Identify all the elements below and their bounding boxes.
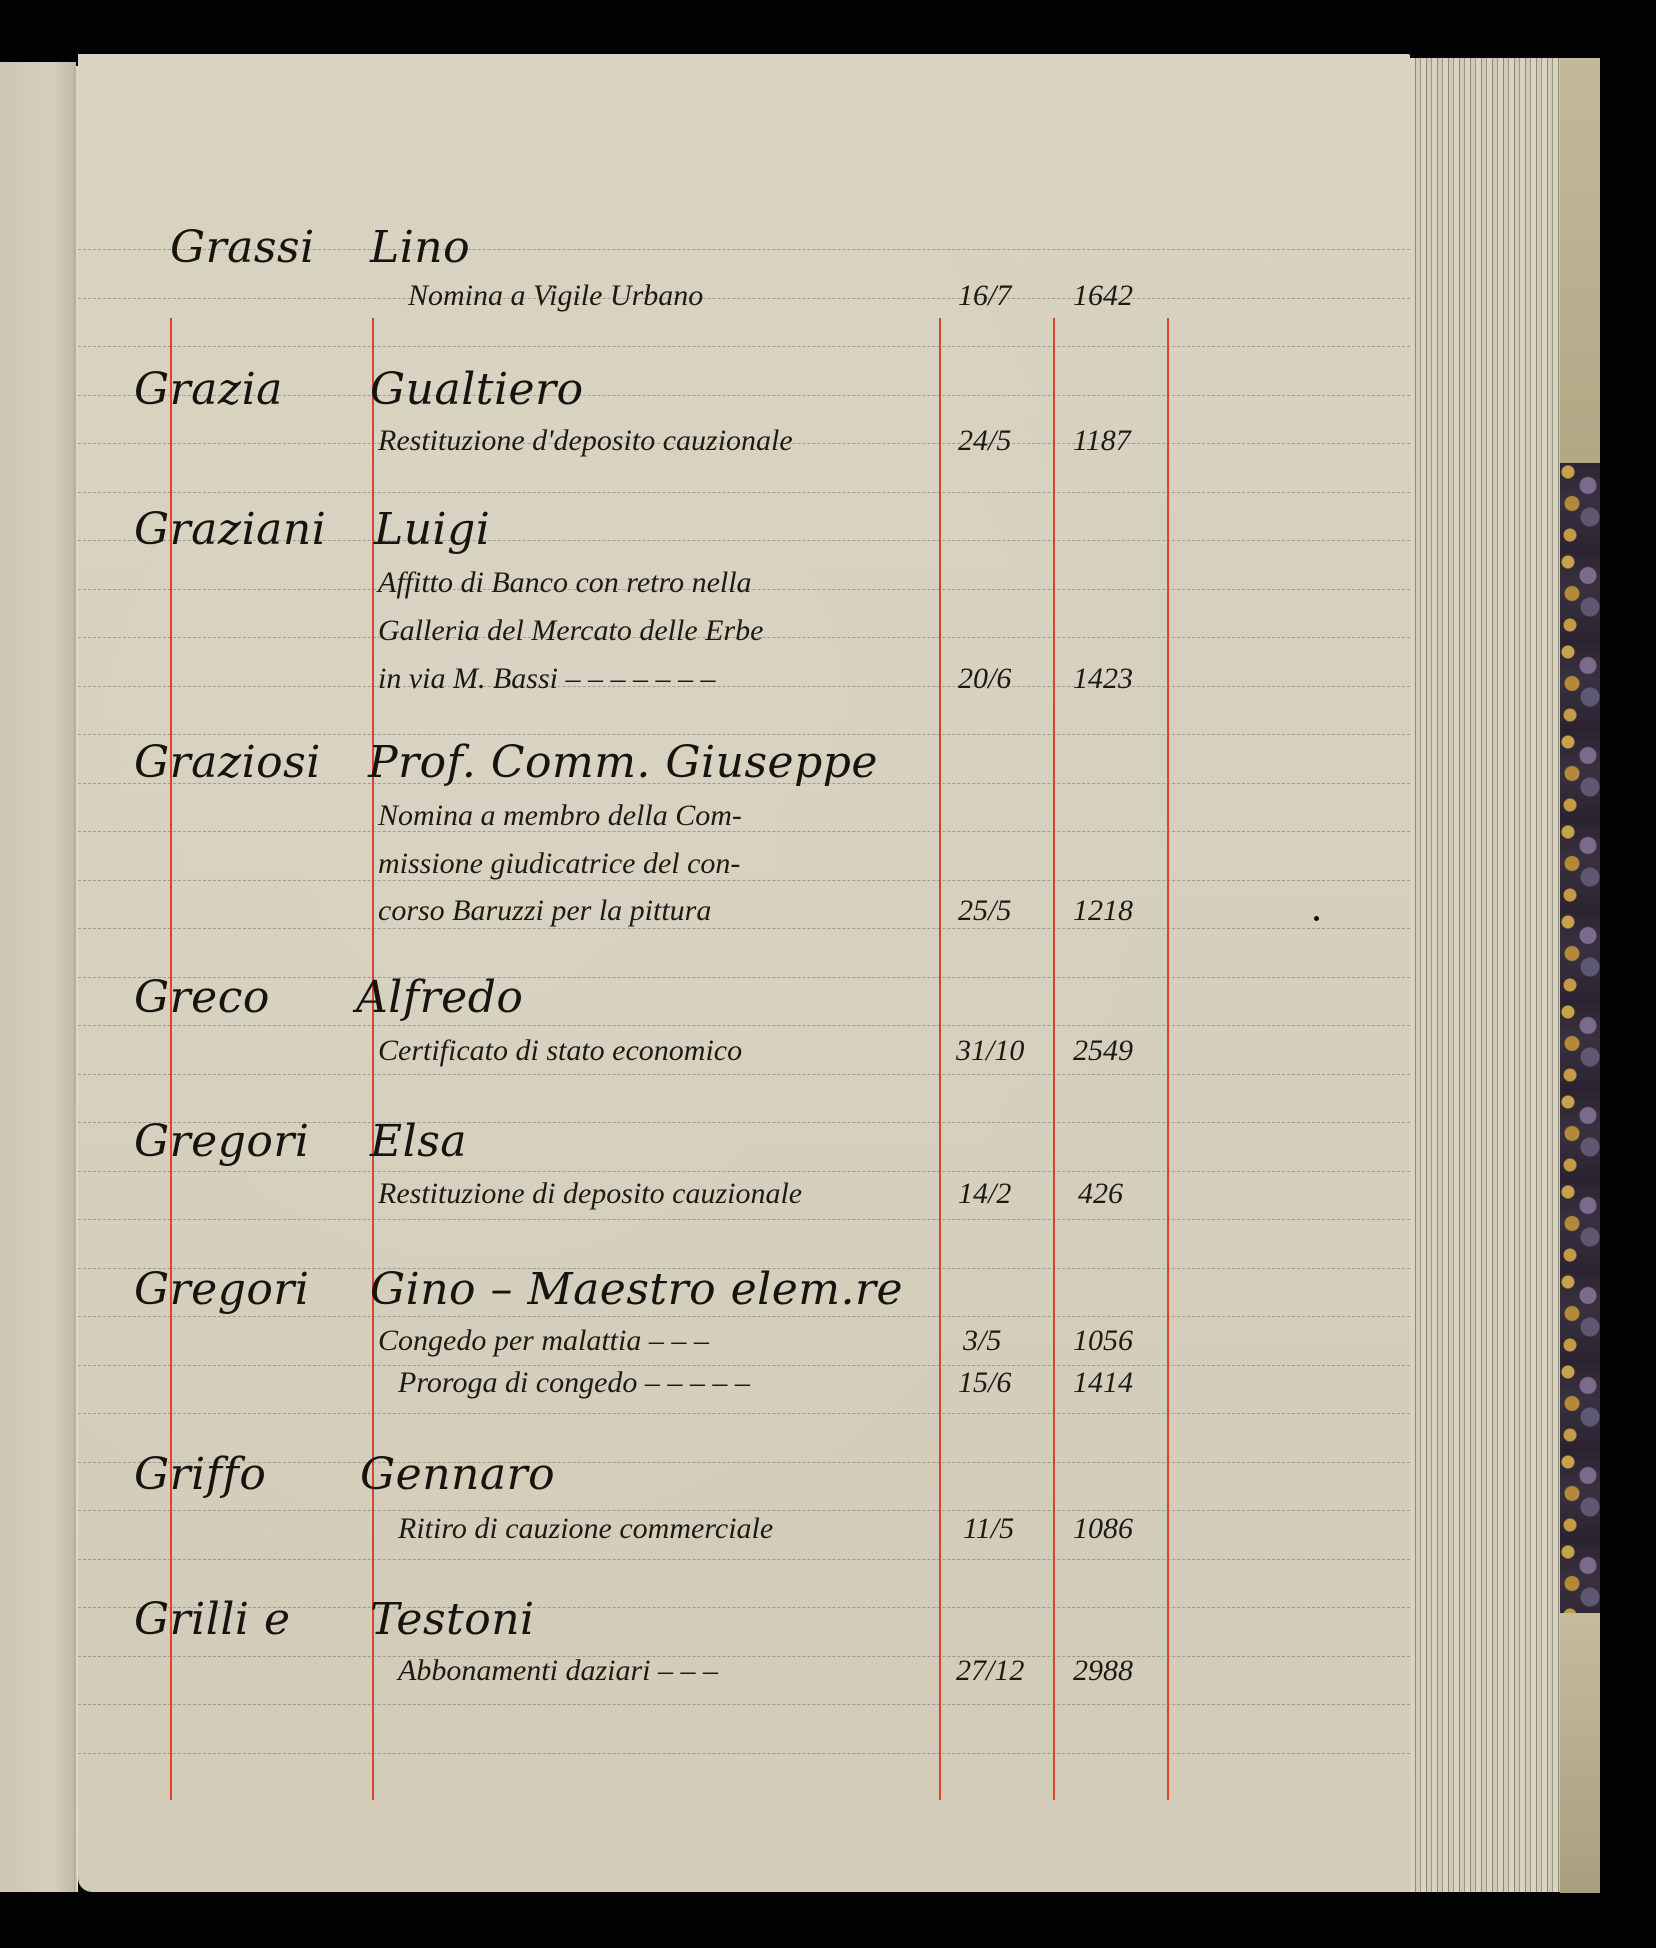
ruled-line (78, 977, 1410, 978)
ruled-line (78, 1413, 1410, 1414)
entry-surname: Greco (134, 972, 270, 1023)
entry-description: Certificato di stato economico (378, 1034, 742, 1068)
ruled-line (78, 1074, 1410, 1075)
entry-description: Abbonamenti daziari – – – (398, 1654, 718, 1688)
entry-surname: Gregori (134, 1116, 309, 1167)
entry-date: 15/6 (958, 1366, 1011, 1400)
entry-given-name: Gualtiero (370, 364, 584, 415)
entry-given-name: Alfredo (356, 972, 523, 1023)
entry-number: 2988 (1073, 1654, 1133, 1688)
entry-date: 16/7 (958, 279, 1011, 313)
ruled-line (78, 1753, 1410, 1754)
entry-date: 25/5 (958, 894, 1011, 928)
ruled-line (78, 1559, 1410, 1560)
entry-given-name: Prof. Comm. Giuseppe (368, 737, 878, 788)
entry-number: 1086 (1073, 1512, 1133, 1546)
ruled-line (78, 298, 1410, 299)
ruled-line (78, 1704, 1410, 1705)
entry-number: 426 (1078, 1177, 1123, 1211)
cover-vellum-bottom (1560, 1613, 1600, 1893)
entry-date: 24/5 (958, 424, 1011, 458)
ruled-line (78, 928, 1410, 929)
ruled-line (78, 686, 1410, 687)
entry-date: 31/10 (956, 1034, 1024, 1068)
entry-number: 1423 (1073, 662, 1133, 696)
column-line-end (1167, 318, 1169, 1800)
entry-surname: Grazia (134, 364, 283, 415)
entry-description: Ritiro di cauzione commerciale (398, 1512, 773, 1546)
ruled-line (78, 880, 1410, 881)
entry-date: 11/5 (963, 1512, 1014, 1546)
ruled-line (78, 1025, 1410, 1026)
entry-surname: Grassi (170, 222, 315, 273)
entry-surname: Gregori (134, 1264, 309, 1315)
entry-description: missione giudicatrice del con- (378, 847, 740, 881)
ruled-line (78, 346, 1410, 347)
entry-number: 1218 (1073, 894, 1133, 928)
left-page-edge (0, 62, 76, 1892)
ruled-line (78, 492, 1410, 493)
entry-date: 20/6 (958, 662, 1011, 696)
entry-description: Nomina a membro della Com- (378, 799, 742, 833)
entry-surname: Graziani (134, 504, 326, 555)
entry-date: 3/5 (963, 1324, 1001, 1358)
entry-given-name: Gennaro (360, 1449, 555, 1500)
entry-date: 27/12 (956, 1654, 1024, 1688)
entry-description: Congedo per malattia – – – (378, 1324, 709, 1358)
entry-given-name: Luigi (374, 504, 490, 555)
ruled-line (78, 831, 1410, 832)
entry-given-name: Testoni (370, 1594, 535, 1645)
entry-surname: Griffo (134, 1449, 266, 1500)
entry-description: Galleria del Mercato delle Erbe (378, 614, 763, 648)
entry-number: 1056 (1073, 1324, 1133, 1358)
marbled-cover-edge (1560, 463, 1600, 1613)
entry-description: in via M. Bassi – – – – – – – (378, 662, 716, 696)
column-line-date (939, 318, 941, 1800)
entry-surname: Graziosi (134, 737, 321, 788)
entry-surname: Grilli e (134, 1594, 291, 1645)
entry-description: Restituzione d'deposito cauzionale (378, 424, 793, 458)
entry-number: 1642 (1073, 279, 1133, 313)
ledger-page: Grassi Lino Nomina a Vigile Urbano 16/7 … (78, 54, 1410, 1892)
page-edges-stack (1410, 58, 1560, 1892)
entry-description: Nomina a Vigile Urbano (408, 279, 703, 313)
ruled-line (78, 1510, 1410, 1511)
ink-speck (1314, 916, 1319, 921)
entry-number: 1187 (1073, 424, 1131, 458)
entry-date: 14/2 (958, 1177, 1011, 1211)
ruled-line (78, 1316, 1410, 1317)
entry-description: Proroga di congedo – – – – – (398, 1366, 750, 1400)
ruled-line (78, 1656, 1410, 1657)
column-line-number (1053, 318, 1055, 1800)
entry-given-name: Gino – Maestro elem.re (370, 1264, 903, 1315)
ruled-line (78, 734, 1410, 735)
ruled-line (78, 1219, 1410, 1220)
cover-vellum-top (1560, 58, 1600, 463)
entry-given-name: Lino (370, 222, 470, 273)
entry-description: Affitto di Banco con retro nella (378, 566, 752, 600)
ruled-line (78, 1462, 1410, 1463)
ruled-line (78, 1171, 1410, 1172)
entry-given-name: Elsa (370, 1116, 467, 1167)
entry-description: corso Baruzzi per la pittura (378, 894, 711, 928)
entry-description: Restituzione di deposito cauzionale (378, 1177, 802, 1211)
entry-number: 2549 (1073, 1034, 1133, 1068)
entry-number: 1414 (1073, 1366, 1133, 1400)
